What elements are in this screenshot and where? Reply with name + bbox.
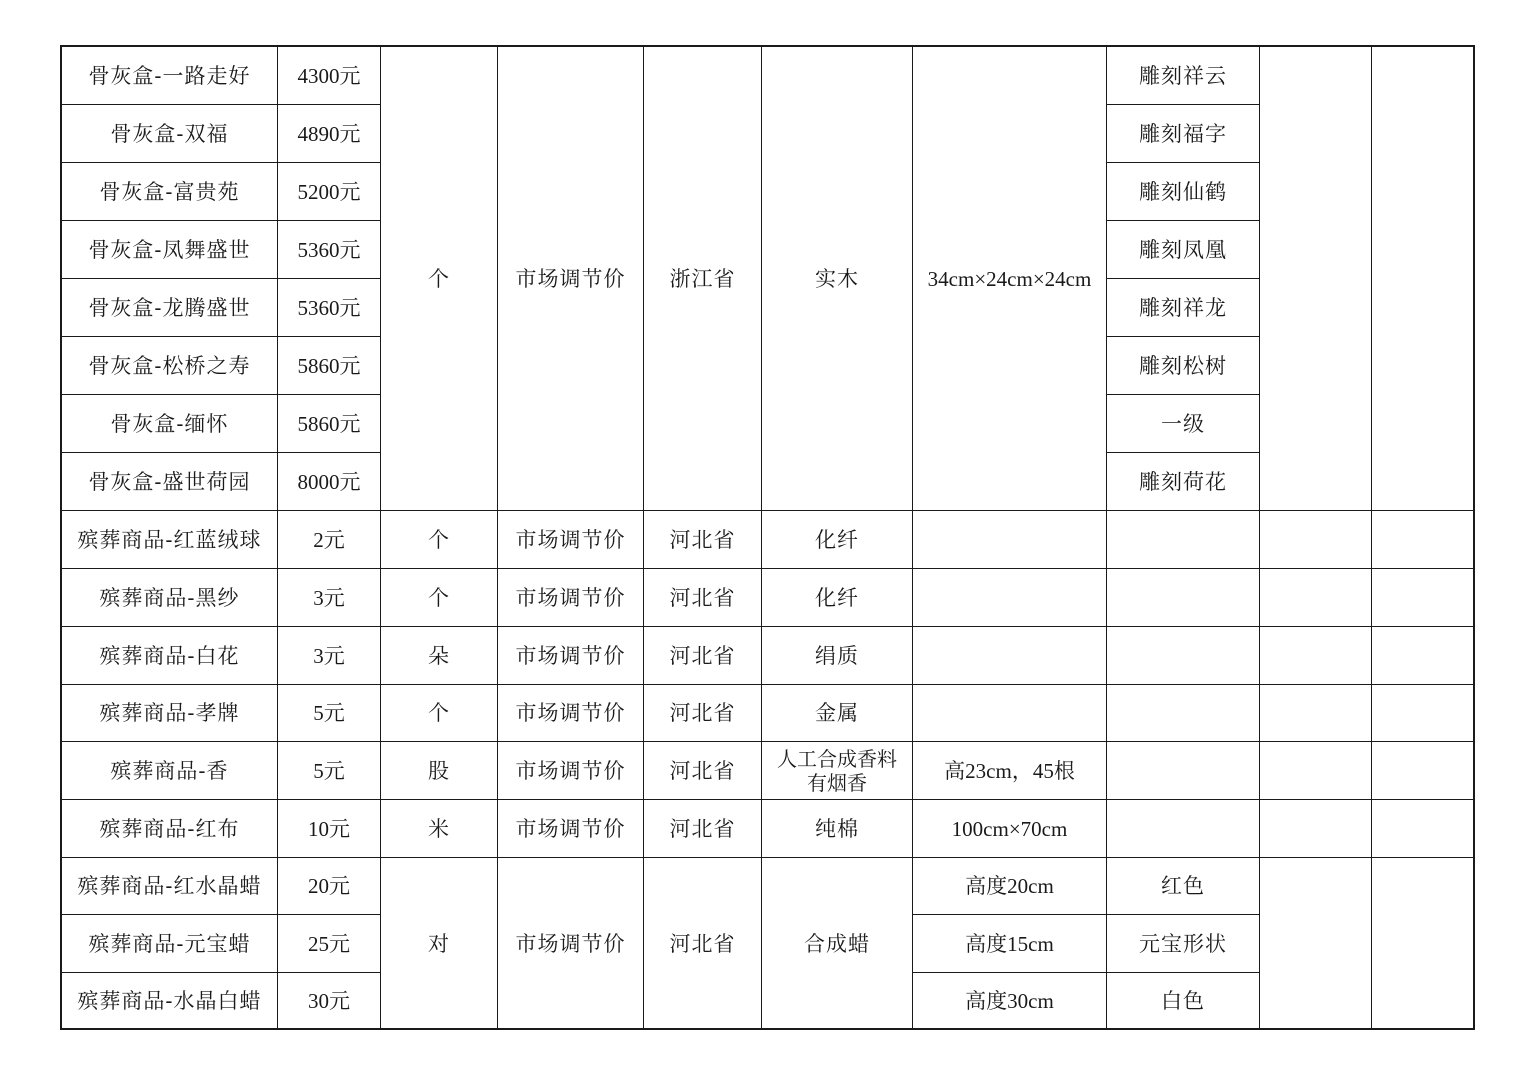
cell-product-name: 殡葬商品-孝牌 xyxy=(61,684,278,742)
cell-product-name: 骨灰盒-缅怀 xyxy=(61,394,278,453)
cell-product-name: 殡葬商品-元宝蜡 xyxy=(61,914,278,973)
cell-product-name: 殡葬商品-白花 xyxy=(61,626,278,685)
cell-extra-1 xyxy=(1259,741,1372,800)
cell-spec xyxy=(912,684,1107,742)
cell-price: 4300元 xyxy=(277,46,381,105)
cell-product-name: 骨灰盒-富贵苑 xyxy=(61,162,278,221)
cell-product-name: 骨灰盒-凤舞盛世 xyxy=(61,220,278,279)
cell-feature: 白色 xyxy=(1106,972,1260,1030)
cell-spec: 高度15cm xyxy=(912,914,1107,973)
cell-feature: 雕刻祥龙 xyxy=(1106,278,1260,337)
cell-spec xyxy=(912,568,1107,627)
cell-extra-2 xyxy=(1371,46,1475,511)
cell-material: 化纤 xyxy=(761,510,913,569)
cell-product-name: 殡葬商品-香 xyxy=(61,741,278,800)
cell-origin: 河北省 xyxy=(643,741,762,800)
cell-product-name: 骨灰盒-龙腾盛世 xyxy=(61,278,278,337)
cell-pricing-type: 市场调节价 xyxy=(497,857,644,1030)
cell-extra-1 xyxy=(1259,799,1372,858)
cell-feature: 雕刻仙鹤 xyxy=(1106,162,1260,221)
cell-extra-2 xyxy=(1371,857,1475,1030)
cell-feature xyxy=(1106,741,1260,800)
cell-line: 人工合成香料 xyxy=(777,747,897,771)
cell-extra-2 xyxy=(1371,510,1475,569)
cell-extra-2 xyxy=(1371,741,1475,800)
cell-price: 3元 xyxy=(277,568,381,627)
cell-material: 金属 xyxy=(761,684,913,742)
cell-extra-1 xyxy=(1259,626,1372,685)
cell-feature: 雕刻祥云 xyxy=(1106,46,1260,105)
cell-feature xyxy=(1106,626,1260,685)
cell-pricing-type: 市场调节价 xyxy=(497,741,644,800)
cell-unit: 对 xyxy=(380,857,498,1030)
cell-pricing-type: 市场调节价 xyxy=(497,46,644,511)
cell-feature xyxy=(1106,568,1260,627)
cell-unit: 朵 xyxy=(380,626,498,685)
cell-extra-1 xyxy=(1259,510,1372,569)
cell-unit: 个 xyxy=(380,684,498,742)
cell-line: 有烟香 xyxy=(807,771,867,795)
cell-spec: 高23cm，45根 xyxy=(912,741,1107,800)
cell-price: 5元 xyxy=(277,741,381,800)
cell-unit: 米 xyxy=(380,799,498,858)
cell-origin: 河北省 xyxy=(643,626,762,685)
cell-product-name: 殡葬商品-红水晶蜡 xyxy=(61,857,278,915)
cell-product-name: 殡葬商品-红布 xyxy=(61,799,278,858)
cell-extra-1 xyxy=(1259,568,1372,627)
cell-price: 10元 xyxy=(277,799,381,858)
cell-pricing-type: 市场调节价 xyxy=(497,510,644,569)
cell-feature: 雕刻凤凰 xyxy=(1106,220,1260,279)
cell-price: 5360元 xyxy=(277,278,381,337)
cell-price: 3元 xyxy=(277,626,381,685)
cell-unit: 股 xyxy=(380,741,498,800)
cell-feature xyxy=(1106,684,1260,742)
cell-extra-1 xyxy=(1259,684,1372,742)
cell-origin: 河北省 xyxy=(643,568,762,627)
cell-origin: 河北省 xyxy=(643,510,762,569)
cell-extra-1 xyxy=(1259,46,1372,511)
cell-price: 5860元 xyxy=(277,394,381,453)
price-table: 骨灰盒-一路走好4300元个市场调节价浙江省实木34cm×24cm×24cm雕刻… xyxy=(0,0,1520,1074)
cell-material: 化纤 xyxy=(761,568,913,627)
cell-origin: 河北省 xyxy=(643,857,762,1030)
cell-unit: 个 xyxy=(380,568,498,627)
cell-feature xyxy=(1106,799,1260,858)
cell-material: 纯棉 xyxy=(761,799,913,858)
cell-material: 合成蜡 xyxy=(761,857,913,1030)
cell-product-name: 骨灰盒-双福 xyxy=(61,104,278,163)
cell-spec xyxy=(912,626,1107,685)
cell-price: 4890元 xyxy=(277,104,381,163)
cell-price: 8000元 xyxy=(277,452,381,511)
cell-spec xyxy=(912,510,1107,569)
cell-product-name: 殡葬商品-红蓝绒球 xyxy=(61,510,278,569)
cell-feature: 雕刻荷花 xyxy=(1106,452,1260,511)
cell-extra-2 xyxy=(1371,626,1475,685)
cell-extra-2 xyxy=(1371,799,1475,858)
cell-extra-2 xyxy=(1371,684,1475,742)
cell-price: 5360元 xyxy=(277,220,381,279)
cell-price: 25元 xyxy=(277,914,381,973)
cell-spec: 34cm×24cm×24cm xyxy=(912,46,1107,511)
cell-pricing-type: 市场调节价 xyxy=(497,684,644,742)
cell-unit: 个 xyxy=(380,510,498,569)
cell-feature: 元宝形状 xyxy=(1106,914,1260,973)
cell-pricing-type: 市场调节价 xyxy=(497,568,644,627)
cell-origin: 河北省 xyxy=(643,799,762,858)
cell-feature: 红色 xyxy=(1106,857,1260,915)
cell-price: 20元 xyxy=(277,857,381,915)
cell-product-name: 骨灰盒-一路走好 xyxy=(61,46,278,105)
cell-spec: 高度20cm xyxy=(912,857,1107,915)
cell-spec: 高度30cm xyxy=(912,972,1107,1030)
cell-product-name: 殡葬商品-水晶白蜡 xyxy=(61,972,278,1030)
cell-price: 30元 xyxy=(277,972,381,1030)
cell-material: 实木 xyxy=(761,46,913,511)
cell-material: 人工合成香料有烟香 xyxy=(761,741,913,800)
cell-product-name: 骨灰盒-松桥之寿 xyxy=(61,336,278,395)
cell-pricing-type: 市场调节价 xyxy=(497,799,644,858)
cell-feature: 雕刻松树 xyxy=(1106,336,1260,395)
cell-price: 5860元 xyxy=(277,336,381,395)
cell-price: 5元 xyxy=(277,684,381,742)
cell-price: 2元 xyxy=(277,510,381,569)
cell-feature: 一级 xyxy=(1106,394,1260,453)
cell-extra-1 xyxy=(1259,857,1372,1030)
cell-pricing-type: 市场调节价 xyxy=(497,626,644,685)
cell-product-name: 殡葬商品-黑纱 xyxy=(61,568,278,627)
cell-unit: 个 xyxy=(380,46,498,511)
cell-product-name: 骨灰盒-盛世荷园 xyxy=(61,452,278,511)
cell-material: 绢质 xyxy=(761,626,913,685)
cell-feature: 雕刻福字 xyxy=(1106,104,1260,163)
cell-feature xyxy=(1106,510,1260,569)
cell-origin: 河北省 xyxy=(643,684,762,742)
cell-price: 5200元 xyxy=(277,162,381,221)
cell-extra-2 xyxy=(1371,568,1475,627)
cell-origin: 浙江省 xyxy=(643,46,762,511)
cell-spec: 100cm×70cm xyxy=(912,799,1107,858)
